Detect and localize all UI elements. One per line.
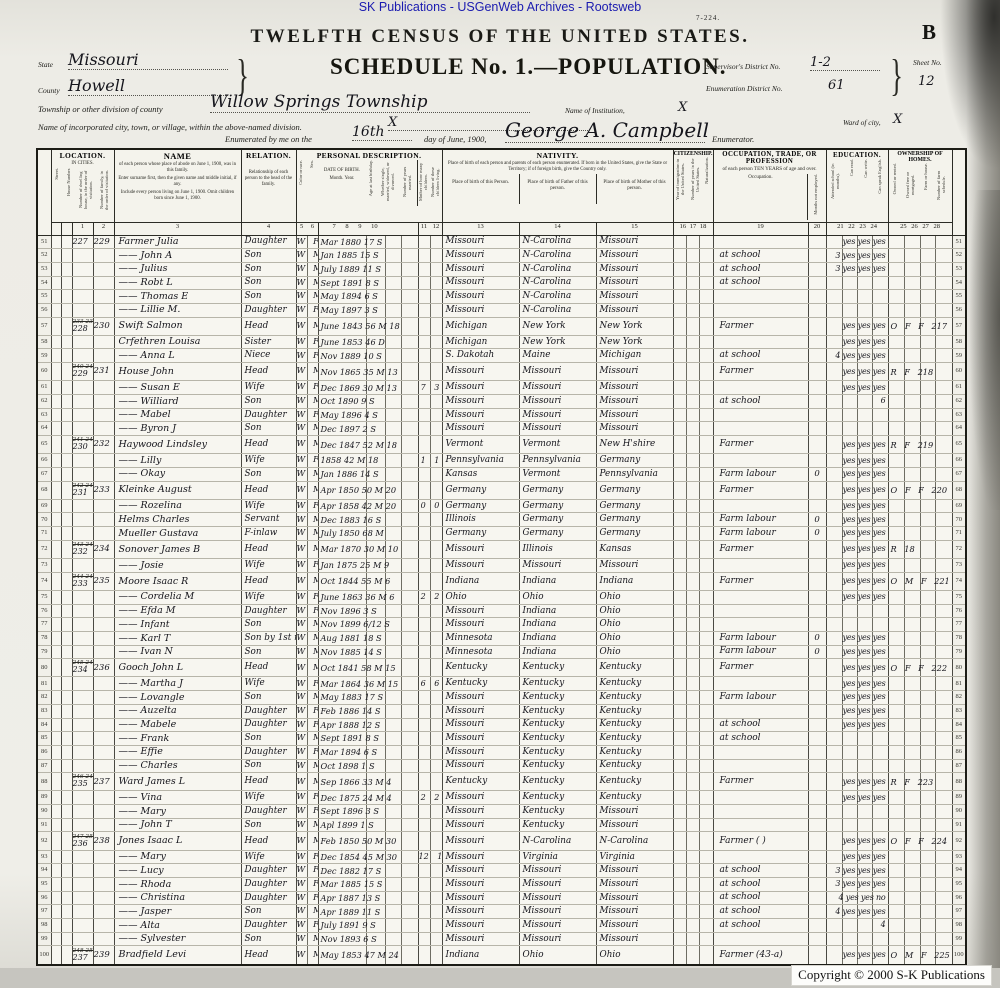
mother-birthplace-cell: Germany <box>596 513 673 527</box>
occupation-cell: Farm labour <box>713 467 808 481</box>
mother-birthplace-cell: Missouri <box>596 559 673 573</box>
education-cell: yes yes yes <box>826 645 888 659</box>
birth-age-marital-cell: Jan 1875 25 M 9 <box>318 559 418 573</box>
name-cell: —— Frank <box>114 732 241 746</box>
family-number-cell <box>93 394 114 408</box>
house-number-cell <box>61 363 72 381</box>
mother-birthplace-cell: Germany <box>596 499 673 513</box>
row-number-left: 60 <box>37 363 51 381</box>
father-birthplace-cell: N-Carolina <box>519 290 596 304</box>
family-number-cell <box>93 818 114 832</box>
house-number-cell <box>61 645 72 659</box>
ownership-cell: O F F 220 <box>888 481 952 499</box>
education-cell: yes yes yes <box>826 946 888 965</box>
ownership-cell <box>888 864 952 878</box>
birthplace-mother-label: Place of birth of Mother of this person. <box>596 174 673 204</box>
relation-cell: Son <box>241 905 296 919</box>
table-row: 82—— LovangleSonW MMay 1883 17 SMissouri… <box>37 691 966 705</box>
race-sex-cell: W F <box>296 335 318 349</box>
ownership-cell <box>888 349 952 363</box>
personal-description-header: PERSONAL DESCRIPTION. Color or race.Sex.… <box>296 149 442 222</box>
row-number-right: 66 <box>952 454 966 468</box>
county-value: Howell <box>68 76 228 96</box>
name-cell: —— Lucy <box>114 864 241 878</box>
children-count-cell: 0 0 <box>418 499 442 513</box>
house-number-cell <box>61 677 72 691</box>
colnum-19: 19 <box>713 222 808 235</box>
street-cell <box>51 349 61 363</box>
citizenship-cell <box>673 408 713 422</box>
schedule-title: SCHEDULE No. 1.—POPULATION. <box>330 54 727 80</box>
children-count-cell <box>418 335 442 349</box>
house-number-cell <box>61 262 72 276</box>
family-number-cell <box>93 745 114 759</box>
name-cell: —— Infant <box>114 618 241 632</box>
race-sex-cell: W M <box>296 394 318 408</box>
dwelling-number-cell <box>72 335 93 349</box>
ownership-cell <box>888 454 952 468</box>
birthplace-cell: Missouri <box>442 618 519 632</box>
scan-artifact-top-right <box>940 0 1000 170</box>
education-cell <box>826 732 888 746</box>
family-number-cell <box>93 590 114 604</box>
table-row: 80245 248234236Gooch John LHeadW MOct 18… <box>37 659 966 677</box>
race-sex-cell: W F <box>296 381 318 395</box>
census-sheet: SK Publications - USGenWeb Archives - Ro… <box>0 0 1000 970</box>
colnum-street <box>51 222 61 235</box>
race-sex-cell: W M <box>296 818 318 832</box>
ownership-cell <box>888 718 952 732</box>
row-number-left: 79 <box>37 645 51 659</box>
mother-birthplace-cell: Kentucky <box>596 677 673 691</box>
occupation-cell <box>713 745 808 759</box>
ownership-cell <box>888 559 952 573</box>
name-cell: —— Christina <box>114 891 241 905</box>
mother-birthplace-cell: Pennsylvania <box>596 467 673 481</box>
colnum-7-10: 7 8 9 10 <box>318 222 418 235</box>
children-count-cell <box>418 932 442 946</box>
citizenship-cell <box>673 394 713 408</box>
table-row: 62—— WilliardSonW MOct 1890 9 SMissouriM… <box>37 394 966 408</box>
row-number-left: 69 <box>37 499 51 513</box>
family-number-cell: 239 <box>93 946 114 965</box>
birthplace-cell: Indiana <box>442 946 519 965</box>
ownership-cell <box>888 394 952 408</box>
father-birthplace-cell: Kentucky <box>519 791 596 805</box>
race-sex-cell: W F <box>296 559 318 573</box>
birth-age-marital-cell: Mar 1870 30 M 10 <box>318 540 418 558</box>
family-number-cell <box>93 732 114 746</box>
relation-cell: Servant <box>241 513 296 527</box>
race-sex-cell: W F <box>296 891 318 905</box>
enumerated-day: 16th <box>352 124 412 141</box>
birth-age-marital-cell: Nov 1893 6 S <box>318 932 418 946</box>
row-number-right: 68 <box>952 481 966 499</box>
birthplace-cell: Missouri <box>442 718 519 732</box>
relation-cell: Daughter <box>241 891 296 905</box>
name-cell: —— Thomas E <box>114 290 241 304</box>
ownership-cell <box>888 235 952 249</box>
father-birthplace-cell: Kentucky <box>519 805 596 819</box>
citizenship-cell <box>673 290 713 304</box>
relation-cell: Daughter <box>241 408 296 422</box>
race-sex-cell: W M <box>296 481 318 499</box>
birth-age-marital-cell: Nov 1885 14 S <box>318 645 418 659</box>
birth-age-marital-cell: 1858 42 M 18 <box>318 454 418 468</box>
row-number-left: 67 <box>37 467 51 481</box>
months-unemployed-cell <box>808 408 826 422</box>
name-cell: —— Mary <box>114 805 241 819</box>
race-sex-cell: W M <box>296 631 318 645</box>
name-cell: —— Lilly <box>114 454 241 468</box>
table-row: 63—— MabelDaughterW FMay 1896 4 SMissour… <box>37 408 966 422</box>
education-cell: 3 yes yes yes <box>826 877 888 891</box>
race-sex-cell: W F <box>296 235 318 249</box>
months-unemployed-cell <box>808 691 826 705</box>
birthplace-cell: Missouri <box>442 759 519 773</box>
dwelling-number-cell: 248 251237 <box>72 946 93 965</box>
mother-birthplace-cell: Missouri <box>596 932 673 946</box>
month-year-label: Month. Year. <box>318 175 365 183</box>
citizenship-cell <box>673 877 713 891</box>
birthplace-cell: Missouri <box>442 363 519 381</box>
citizenship-cell <box>673 363 713 381</box>
citizenship-cell <box>673 704 713 718</box>
ownership-cell <box>888 818 952 832</box>
name-title: NAME <box>115 150 241 161</box>
table-row: 57233 235228230Swift SalmonHeadW MJune 1… <box>37 317 966 335</box>
children-count-cell <box>418 946 442 965</box>
street-cell <box>51 303 61 317</box>
row-number-left: 80 <box>37 659 51 677</box>
father-birthplace-cell: Kentucky <box>519 732 596 746</box>
family-number-cell <box>93 891 114 905</box>
citizenship-sublabels: Year of immigration to the United States… <box>674 157 713 203</box>
race-sex-cell: W F <box>296 864 318 878</box>
birth-age-marital-cell: May 1853 47 M 24 <box>318 946 418 965</box>
months-unemployed-cell <box>808 559 826 573</box>
relation-cell: Daughter <box>241 704 296 718</box>
family-number-cell <box>93 467 114 481</box>
citizenship-cell <box>673 349 713 363</box>
relation-cell: Head <box>241 832 296 850</box>
ownership-cell <box>888 732 952 746</box>
birthplace-cell: Missouri <box>442 832 519 850</box>
family-number-cell <box>93 454 114 468</box>
table-header: LOCATION. IN CITIES. Street.House Number… <box>37 149 966 235</box>
father-birthplace-cell: N-Carolina <box>519 235 596 249</box>
name-cell: —— Mabele <box>114 718 241 732</box>
table-row: 90—— MaryDaughterW FSept 1896 3 SMissour… <box>37 805 966 819</box>
education-cell: yes yes yes <box>826 850 888 864</box>
mother-birthplace-cell: Missouri <box>596 262 673 276</box>
mother-birthplace-cell: New York <box>596 317 673 335</box>
row-number-right: 81 <box>952 677 966 691</box>
row-number-right: 76 <box>952 604 966 618</box>
race-sex-cell: W M <box>296 363 318 381</box>
name-cell: —— Auzelta <box>114 704 241 718</box>
dwelling-number: 234 <box>73 666 93 674</box>
dwelling-number: 233 <box>73 580 93 588</box>
relation-header: RELATION. Relationship of each person to… <box>241 149 296 222</box>
dwelling-number-cell <box>72 559 93 573</box>
row-number-left: 51 <box>37 235 51 249</box>
enumerated-pre: Enumerated by me on the <box>225 134 312 144</box>
mother-birthplace-cell: Kentucky <box>596 718 673 732</box>
family-number-cell: 230 <box>93 317 114 335</box>
family-number-cell: 232 <box>93 436 114 454</box>
months-unemployed-cell <box>808 262 826 276</box>
relation-cell: Son <box>241 262 296 276</box>
ownership-cell <box>888 262 952 276</box>
table-row: 74244 246233235Moore Isaac RHeadW MOct 1… <box>37 572 966 590</box>
name-cell: Kleinke August <box>114 481 241 499</box>
father-birthplace-cell: Indiana <box>519 604 596 618</box>
months-unemployed-cell <box>808 572 826 590</box>
citizenship-cell <box>673 850 713 864</box>
row-number-right: 54 <box>952 276 966 290</box>
education-sublabels: Attended school (in months).Can read.Can… <box>827 159 888 205</box>
occupation-cell: Farm labour <box>713 691 808 705</box>
children-count-cell <box>418 832 442 850</box>
table-row: 87—— CharlesSonW MOct 1898 1 SMissouriKe… <box>37 759 966 773</box>
name-cell: Ward James L <box>114 773 241 791</box>
row-number-left: 76 <box>37 604 51 618</box>
row-number-left: 65 <box>37 436 51 454</box>
months-unemployed-cell <box>808 481 826 499</box>
table-row: 53—— JuliusSonW MJuly 1889 11 SMissouriN… <box>37 262 966 276</box>
children-count-cell <box>418 481 442 499</box>
mother-birthplace-cell: Missouri <box>596 818 673 832</box>
table-row: 79—— Ivan NSonW MNov 1885 14 SMinnesotaI… <box>37 645 966 659</box>
occupation-cell: at school <box>713 864 808 878</box>
row-number-right: 61 <box>952 381 966 395</box>
name-header: NAME of each person whose place of abode… <box>114 149 241 222</box>
birth-age-marital-cell: July 1891 9 S <box>318 919 418 933</box>
street-cell <box>51 559 61 573</box>
house-number-cell <box>61 832 72 850</box>
name-cell: —— Martha J <box>114 677 241 691</box>
relation-cell: Son by 1st mar <box>241 631 296 645</box>
street-cell <box>51 891 61 905</box>
in-cities-label: IN CITIES. <box>52 160 114 168</box>
relation-cell: Son <box>241 467 296 481</box>
birth-age-marital-cell: July 1850 68 M <box>318 527 418 541</box>
dwelling-number: 232 <box>73 548 93 556</box>
house-number-cell <box>61 381 72 395</box>
family-number-cell <box>93 850 114 864</box>
ownership-cell <box>888 381 952 395</box>
name-cell: —— Lovangle <box>114 691 241 705</box>
row-number-right: 87 <box>952 759 966 773</box>
ownership-cell <box>888 467 952 481</box>
name-cell: —— Jasper <box>114 905 241 919</box>
dwelling-number: 230 <box>73 443 93 451</box>
row-number-right: 98 <box>952 919 966 933</box>
occupation-cell <box>713 381 808 395</box>
birth-age-marital-cell: Dec 1883 16 S <box>318 513 418 527</box>
relation-cell: Daughter <box>241 718 296 732</box>
race-sex-cell: W F <box>296 919 318 933</box>
education-cell: yes yes yes <box>826 590 888 604</box>
education-cell: yes yes yes <box>826 454 888 468</box>
birth-age-marital-cell: Oct 1844 55 M 6 <box>318 572 418 590</box>
street-cell <box>51 618 61 632</box>
race-sex-cell: W M <box>296 572 318 590</box>
house-number-cell <box>61 540 72 558</box>
birth-age-marital-cell: Feb 1850 50 M 30 <box>318 832 418 850</box>
birth-age-marital-cell: Dec 1854 45 M 30 <box>318 850 418 864</box>
column-sub-label: Mother of how many children. <box>419 160 429 204</box>
birthplace-cell: Germany <box>442 527 519 541</box>
mother-birthplace-cell: Kansas <box>596 540 673 558</box>
table-row: 77—— InfantSonW MNov 1899 6/12 SMissouri… <box>37 618 966 632</box>
children-count-cell: 2 2 <box>418 590 442 604</box>
mother-birthplace-cell: Ohio <box>596 618 673 632</box>
race-sex-cell: W F <box>296 805 318 819</box>
relation-cell: Son <box>241 422 296 436</box>
mother-birthplace-cell: Germany <box>596 454 673 468</box>
citizenship-cell <box>673 745 713 759</box>
months-unemployed-cell <box>808 381 826 395</box>
family-number-cell <box>93 276 114 290</box>
children-count-cell <box>418 349 442 363</box>
citizenship-cell <box>673 732 713 746</box>
enumerator-label: Enumerator. <box>712 134 754 144</box>
relation-cell: Daughter <box>241 235 296 249</box>
education-cell: yes yes yes <box>826 773 888 791</box>
street-cell <box>51 363 61 381</box>
column-sub-label: Year of immigration to the United States… <box>676 157 686 201</box>
name-cell: House John <box>114 363 241 381</box>
house-number-cell <box>61 805 72 819</box>
house-number-cell <box>61 618 72 632</box>
father-birthplace-cell: Vermont <box>519 467 596 481</box>
occupation-cell: at school <box>713 905 808 919</box>
archive-watermark: SK Publications - USGenWeb Archives - Ro… <box>0 0 1000 14</box>
race-sex-cell: W M <box>296 317 318 335</box>
street-cell <box>51 317 61 335</box>
birth-age-marital-cell: May 1896 4 S <box>318 408 418 422</box>
mother-birthplace-cell: Kentucky <box>596 791 673 805</box>
birth-age-marital-cell: Apr 1887 13 S <box>318 891 418 905</box>
education-header: EDUCATION. Attended school (in months).C… <box>826 149 888 222</box>
family-number-cell: 238 <box>93 832 114 850</box>
row-number-right: 83 <box>952 704 966 718</box>
father-birthplace-cell: N-Carolina <box>519 262 596 276</box>
street-cell <box>51 791 61 805</box>
citizenship-cell <box>673 335 713 349</box>
county-label: County <box>38 86 60 95</box>
father-birthplace-cell: Kentucky <box>519 773 596 791</box>
months-unemployed-cell <box>808 249 826 263</box>
ownership-cell <box>888 527 952 541</box>
ownership-cell <box>888 276 952 290</box>
name-cell: —— Okay <box>114 467 241 481</box>
name-cell: —— Lillie M. <box>114 303 241 317</box>
father-birthplace-cell: N-Carolina <box>519 276 596 290</box>
row-number-right: 85 <box>952 732 966 746</box>
dwelling-number-cell <box>72 745 93 759</box>
table-row: 98—— AltaDaughterW FJuly 1891 9 SMissour… <box>37 919 966 933</box>
race-sex-cell: W M <box>296 659 318 677</box>
citizenship-cell <box>673 891 713 905</box>
education-cell: yes yes yes <box>826 704 888 718</box>
table-row: 72243 245232234Sonover James BHeadW MMar… <box>37 540 966 558</box>
house-number-cell <box>61 704 72 718</box>
citizenship-header: CITIZENSHIP. Year of immigration to the … <box>673 149 713 222</box>
name-cell: —— Anna L <box>114 349 241 363</box>
relation-cell: F-inlaw <box>241 527 296 541</box>
row-number-left: 100 <box>37 946 51 965</box>
children-count-cell <box>418 527 442 541</box>
citizenship-cell <box>673 527 713 541</box>
citizenship-cell <box>673 540 713 558</box>
mother-birthplace-cell: Missouri <box>596 905 673 919</box>
table-row: 64—— Byron JSonW MDec 1897 2 SMissouriMi… <box>37 422 966 436</box>
citizenship-cell <box>673 718 713 732</box>
dwelling-number-cell <box>72 864 93 878</box>
dwelling-number-cell <box>72 499 93 513</box>
birth-age-marital-cell: Nov 1865 35 M 13 <box>318 363 418 381</box>
birthplace-cell: Missouri <box>442 818 519 832</box>
row-number-right: 77 <box>952 618 966 632</box>
children-count-cell <box>418 303 442 317</box>
birthplace-cell: Missouri <box>442 235 519 249</box>
sheet-value: 12 <box>918 74 935 89</box>
row-number-left: 89 <box>37 791 51 805</box>
colnum-21-24: 21 22 23 24 <box>826 222 888 235</box>
row-number-left: 71 <box>37 527 51 541</box>
mother-birthplace-cell: Kentucky <box>596 732 673 746</box>
dwelling-number-cell <box>72 381 93 395</box>
relation-cell: Daughter <box>241 919 296 933</box>
birthplace-cell: Missouri <box>442 408 519 422</box>
row-number-left: 54 <box>37 276 51 290</box>
house-number-cell <box>61 718 72 732</box>
colnum-15: 15 <box>596 222 673 235</box>
birthplace-person-label: Place of birth of this Person. <box>443 174 519 204</box>
row-number-left: 92 <box>37 832 51 850</box>
ownership-cell <box>888 631 952 645</box>
family-number-cell <box>93 691 114 705</box>
citizenship-cell <box>673 262 713 276</box>
family-number-cell: 235 <box>93 572 114 590</box>
row-number-right: 51 <box>952 235 966 249</box>
street-cell <box>51 394 61 408</box>
birthplace-cell: Missouri <box>442 850 519 864</box>
house-number-cell <box>61 773 72 791</box>
street-cell <box>51 481 61 499</box>
birth-age-marital-cell: Apr 1858 42 M 20 <box>318 499 418 513</box>
row-number-left: 95 <box>37 877 51 891</box>
months-unemployed-cell <box>808 832 826 850</box>
house-number-cell <box>61 864 72 878</box>
column-sub-label: Street. <box>55 168 60 180</box>
family-number-cell <box>93 559 114 573</box>
row-number-right: 55 <box>952 290 966 304</box>
occupation-header: OCCUPATION, TRADE, OR PROFESSION of each… <box>713 149 826 222</box>
birthplace-cell: Missouri <box>442 691 519 705</box>
page-letter: B <box>922 20 936 45</box>
children-count-cell <box>418 773 442 791</box>
birthplace-cell: Michigan <box>442 335 519 349</box>
relation-cell: Wife <box>241 454 296 468</box>
state-value: Missouri <box>68 50 228 70</box>
relation-cell: Daughter <box>241 745 296 759</box>
occupation-cell: at school <box>713 349 808 363</box>
children-count-cell <box>418 249 442 263</box>
